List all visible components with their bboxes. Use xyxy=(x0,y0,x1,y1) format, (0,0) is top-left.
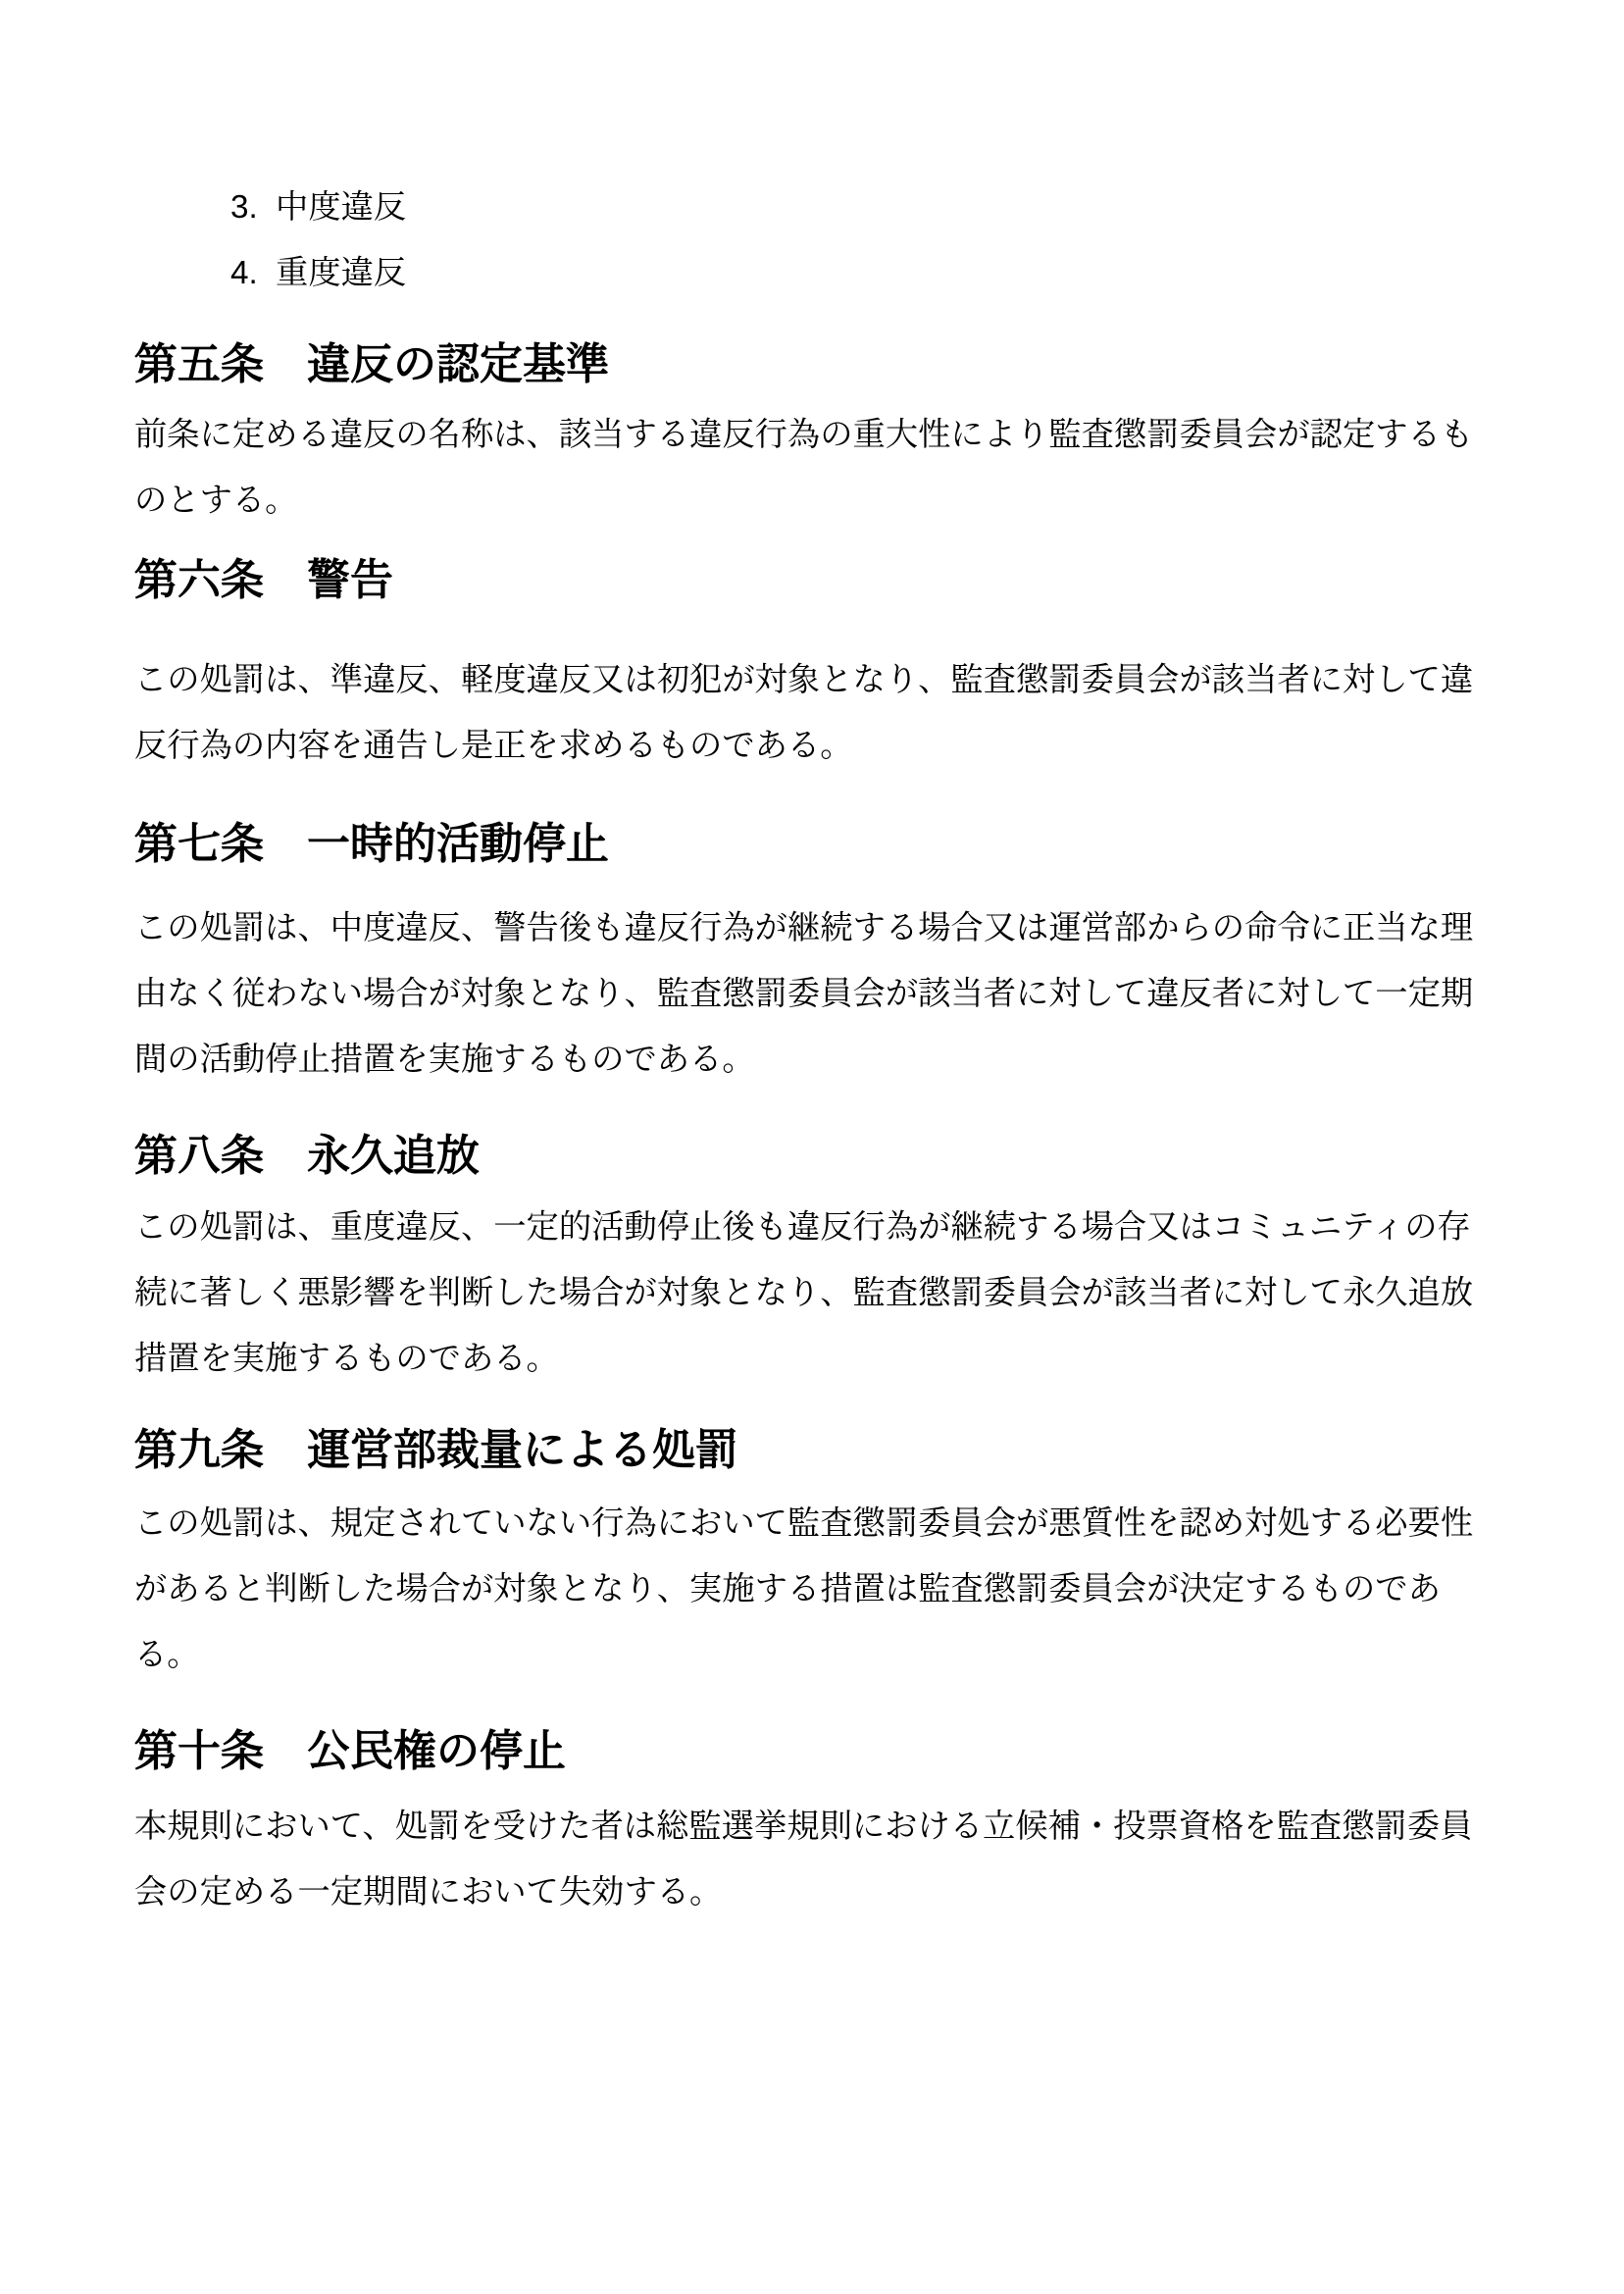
section-heading: 第八条 永久追放 xyxy=(134,1118,1491,1194)
section-article-9: 第九条 運営部裁量による処罰 この処罰は、規定されていない行為において監査懲罰委… xyxy=(134,1412,1491,1688)
list-item: 4.重度違反 xyxy=(230,240,1491,306)
section-body: この処罰は、重度違反、一定的活動停止後も違反行為が継続する場合又はコミュニティの… xyxy=(134,1195,1491,1392)
section-body: この処罰は、準違反、軽度違反又は初犯が対象となり、監査懲罰委員会が該当者に対して… xyxy=(134,647,1491,779)
list-item-number: 4. xyxy=(230,240,276,306)
section-heading: 第九条 運営部裁量による処罰 xyxy=(134,1412,1491,1488)
section-heading: 第十条 公民権の停止 xyxy=(134,1713,1491,1789)
list-item-label: 重度違反 xyxy=(276,255,406,291)
section-article-8: 第八条 永久追放 この処罰は、重度違反、一定的活動停止後も違反行為が継続する場合… xyxy=(134,1118,1491,1392)
section-body: 本規則において、処罰を受けた者は総監選挙規則における立候補・投票資格を監査懲罰委… xyxy=(134,1794,1491,1925)
section-article-7: 第七条 一時的活動停止 この処罰は、中度違反、警告後も違反行為が継続する場合又は… xyxy=(134,806,1491,1093)
section-body: この処罰は、中度違反、警告後も違反行為が継続する場合又は運営部からの命令に正当な… xyxy=(134,895,1491,1093)
violation-degree-list: 3.中度違反 4.重度違反 xyxy=(134,175,1491,306)
section-heading: 第七条 一時的活動停止 xyxy=(134,806,1491,882)
list-item-label: 中度違反 xyxy=(276,189,406,226)
section-heading: 第五条 違反の認定基準 xyxy=(134,327,1491,402)
list-item-number: 3. xyxy=(230,175,276,240)
document-content: 3.中度違反 4.重度違反 第五条 違反の認定基準 前条に定める違反の名称は、該… xyxy=(0,0,1624,1925)
section-body: 前条に定める違反の名称は、該当する違反行為の重大性により監査懲罰委員会が認定する… xyxy=(134,402,1491,534)
section-article-10: 第十条 公民権の停止 本規則において、処罰を受けた者は総監選挙規則における立候補… xyxy=(134,1713,1491,1925)
section-heading: 第六条 警告 xyxy=(134,542,1491,618)
section-article-5: 第五条 違反の認定基準 前条に定める違反の名称は、該当する違反行為の重大性により… xyxy=(134,327,1491,534)
section-article-6: 第六条 警告 この処罰は、準違反、軽度違反又は初犯が対象となり、監査懲罰委員会が… xyxy=(134,542,1491,779)
document-page: 3.中度違反 4.重度違反 第五条 違反の認定基準 前条に定める違反の名称は、該… xyxy=(0,0,1624,2294)
section-body: この処罰は、規定されていない行為において監査懲罰委員会が悪質性を認め対処する必要… xyxy=(134,1491,1491,1688)
list-item: 3.中度違反 xyxy=(230,175,1491,240)
